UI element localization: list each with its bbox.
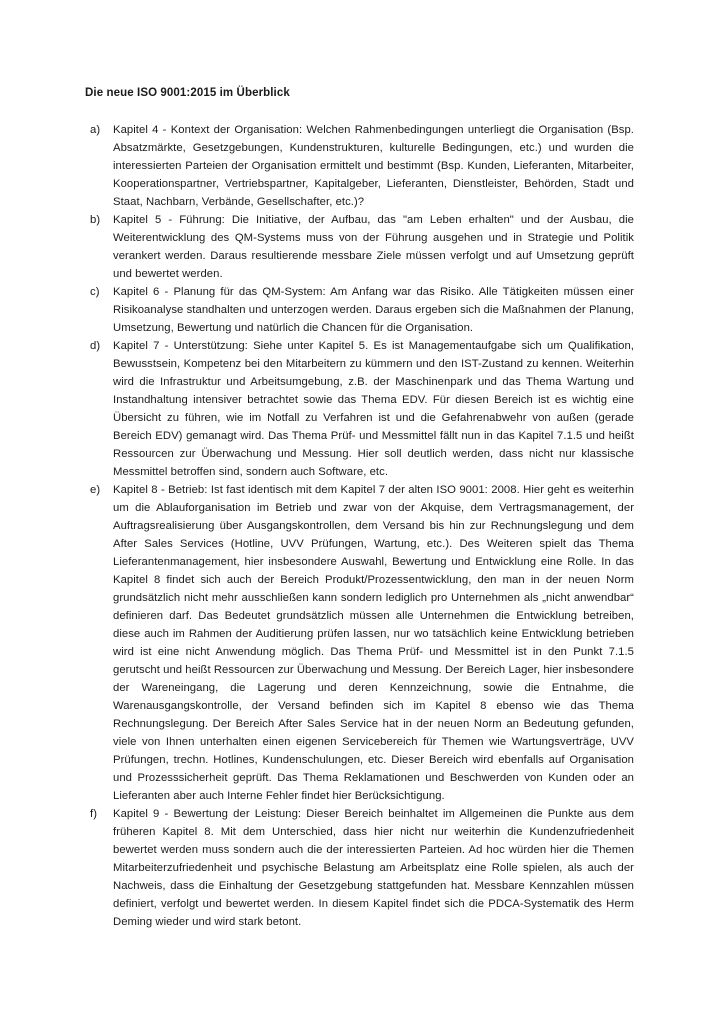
list-item-text: Kapitel 6 - Planung für das QM-System: A… [113, 286, 634, 334]
list-item-label: a) [90, 121, 100, 139]
list-item-text: Kapitel 8 - Betrieb: Ist fast identisch … [113, 484, 634, 802]
list-item-text: Kapitel 9 - Bewertung der Leistung: Dies… [113, 808, 634, 928]
chapter-list: a) Kapitel 4 - Kontext der Organisation:… [85, 121, 634, 931]
list-item: c) Kapitel 6 - Planung für das QM-System… [113, 283, 634, 337]
list-item-text: Kapitel 4 - Kontext der Organisation: We… [113, 124, 634, 208]
list-item-label: e) [90, 481, 100, 499]
document-page: Die neue ISO 9001:2015 im Überblick a) K… [0, 0, 720, 1019]
document-title: Die neue ISO 9001:2015 im Überblick [85, 86, 634, 100]
list-item-label: b) [90, 211, 100, 229]
list-item: f) Kapitel 9 - Bewertung der Leistung: D… [113, 805, 634, 931]
list-item-text: Kapitel 5 - Führung: Die Initiative, der… [113, 214, 634, 280]
list-item-label: f) [90, 805, 97, 823]
list-item-label: d) [90, 337, 100, 355]
list-item-text: Kapitel 7 - Unterstützung: Siehe unter K… [113, 340, 634, 478]
list-item: d) Kapitel 7 - Unterstützung: Siehe unte… [113, 337, 634, 481]
list-item: b) Kapitel 5 - Führung: Die Initiative, … [113, 211, 634, 283]
list-item: e) Kapitel 8 - Betrieb: Ist fast identis… [113, 481, 634, 805]
list-item: a) Kapitel 4 - Kontext der Organisation:… [113, 121, 634, 211]
list-item-label: c) [90, 283, 100, 301]
